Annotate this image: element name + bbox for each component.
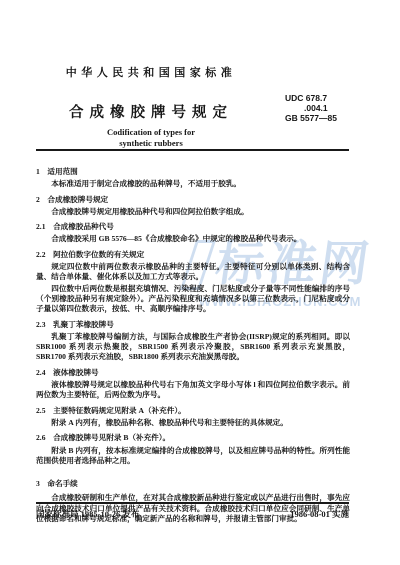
paragraph: 液体橡胶牌号规定以橡胶品种代号右下角加英文字母小写体 l 和四位阿拉伯数字表示。… (36, 380, 350, 401)
footer-issued-date: 国家标准局 1985-10-26 发布 (36, 508, 139, 520)
paragraph: 四位数中后两位数是根据充填情况、污染程度、门尼粘度或分子量等不同性能编排的序号（… (36, 284, 350, 315)
subsection-heading: 2.4 液体橡胶牌号 (36, 368, 350, 378)
document-body: 1 适用范围 本标准适用于制定合成橡胶的品种牌号，不适用于胶乳。 2 合成橡胶牌… (36, 162, 350, 525)
section-heading: 3 命名手续 (36, 479, 350, 489)
header-title-block: 中华人民共和国国家标准 合成橡胶牌号规定 Codification of typ… (36, 64, 266, 149)
subsection-heading: 2.6 合成橡胶牌号见附录 B（补充件）。 (36, 433, 350, 443)
standard-document-page: 标准网 WWW.iBIAOZHUN.COM 中华人民共和国国家标准 合成橡胶牌号… (0, 0, 400, 565)
paragraph: 附录 A 内列有，橡胶品种名称、橡胶品种代号和主要特征的具体规定。 (36, 418, 350, 428)
document-header: 中华人民共和国国家标准 合成橡胶牌号规定 Codification of typ… (36, 64, 350, 149)
udc-line2: .004.1 (285, 103, 337, 113)
subsection-heading: 2.2 阿拉伯数字位数的有关规定 (36, 250, 350, 260)
paragraph: 附录 B 内列有，按本标准规定编排的合成橡胶牌号，以及相应牌号品种的特性。所列性… (36, 446, 350, 467)
document-title-zh: 合成橡胶牌号规定 (36, 101, 266, 122)
paragraph: 合成橡胶采用 GB 5576—85《合成橡胶命名》中规定的橡胶品种代号表示。 (36, 234, 350, 244)
standard-code: GB 5577—85 (285, 113, 337, 123)
section-heading: 1 适用范围 (36, 167, 350, 177)
document-title-en-line1: Codification of types for (36, 127, 266, 138)
footer-implemented-date: 1986-08-01 实施 (290, 508, 349, 520)
document-title-en-line2: synthetic rubbers (36, 138, 266, 149)
national-standard-label: 中华人民共和国国家标准 (36, 64, 266, 80)
udc-code-block: UDC 678.7 .004.1 GB 5577—85 (285, 93, 337, 123)
section-heading: 2 合成橡胶牌号规定 (36, 195, 350, 205)
header-divider-rule (36, 149, 349, 151)
subsection-heading: 2.3 乳聚丁苯橡胶牌号 (36, 320, 350, 330)
subsection-heading: 2.5 主要特征数码规定见附录 A（补充件）。 (36, 406, 350, 416)
paragraph: 乳聚丁苯橡胶牌号编制方法，与国际合成橡胶生产者协会(IISRP)规定的系列相同。… (36, 332, 350, 363)
paragraph: 本标准适用于制定合成橡胶的品种牌号，不适用于胶乳。 (36, 179, 350, 189)
paragraph: 合成橡胶牌号规定用橡胶品种代号和四位阿拉伯数字组成。 (36, 207, 350, 217)
document-footer: 国家标准局 1985-10-26 发布 1986-08-01 实施 (36, 502, 349, 520)
subsection-heading: 2.1 合成橡胶品种代号 (36, 222, 350, 232)
paragraph: 规定四位数中前两位数表示橡胶品种的主要特征。主要特征可分别以单体类别、结构含量、… (36, 262, 350, 283)
udc-line1: UDC 678.7 (285, 93, 337, 103)
